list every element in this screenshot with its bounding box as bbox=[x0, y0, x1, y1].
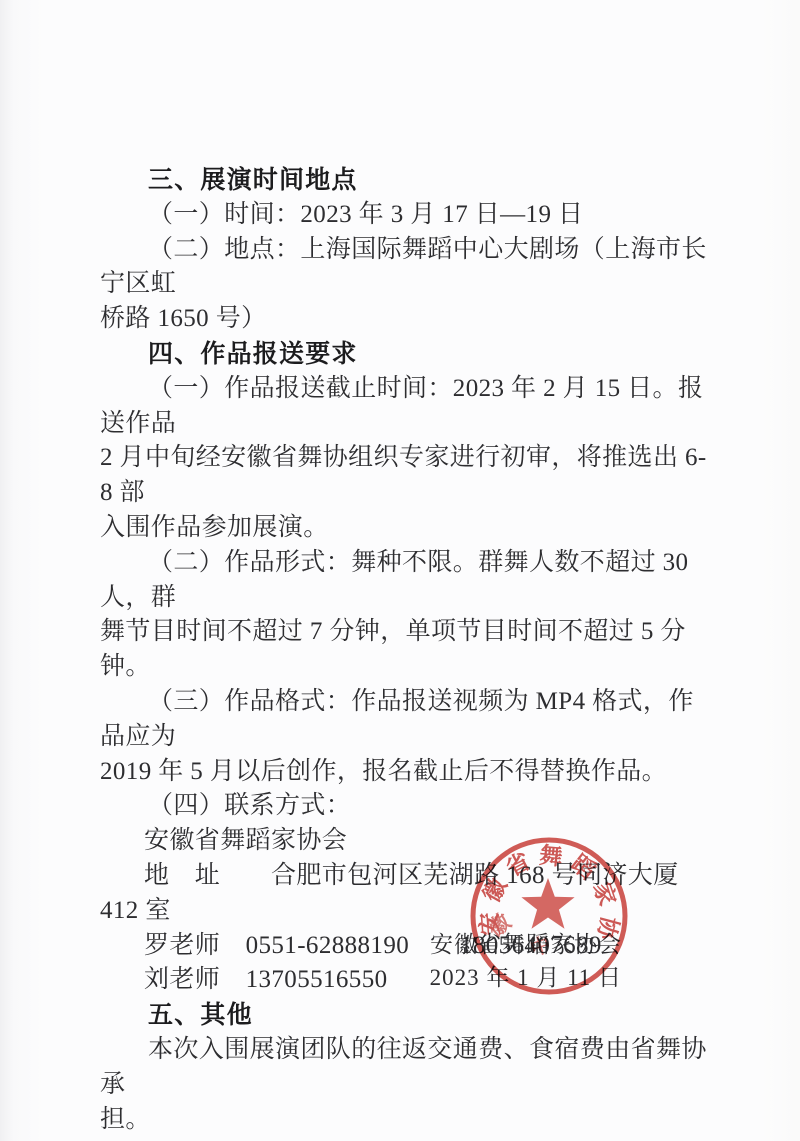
seal-ghost-character: 中 bbox=[527, 932, 553, 961]
document-line: 舞节目时间不超过 7 分钟，单项节目时间不超过 5 分钟。 bbox=[100, 615, 714, 685]
document-line: 入围作品参加展演。 bbox=[100, 511, 714, 546]
scanned-document-page: 三、展演时间地点 （一）时间：2023 年 3 月 17 日—19 日 （二）地… bbox=[0, 0, 800, 1141]
section-heading-4: 四、作品报送要求 bbox=[100, 337, 714, 372]
document-line: 2019 年 5 月以后创作，报名截止后不得替换作品。 bbox=[100, 755, 714, 790]
document-line: 2 月中旬经安徽省舞协组织专家进行初审，将推选出 6-8 部 bbox=[100, 441, 714, 511]
document-line: （三）作品格式：作品报送视频为 MP4 格式，作品应为 bbox=[100, 685, 714, 755]
document-line: （二）作品形式：舞种不限。群舞人数不超过 30 人，群 bbox=[100, 546, 714, 616]
document-line: 本次入围展演团队的往返交通费、食宿费由省舞协承 bbox=[100, 1033, 714, 1103]
document-line: 桥路 1650 号） bbox=[100, 302, 714, 337]
document-line: （一）时间：2023 年 3 月 17 日—19 日 bbox=[100, 198, 714, 233]
document-line: （一）作品报送截止时间：2023 年 2 月 15 日。报送作品 bbox=[100, 372, 714, 442]
star-icon bbox=[521, 878, 574, 929]
document-line: （二）地点：上海国际舞蹈中心大剧场（上海市长宁区虹 bbox=[100, 233, 714, 303]
section-heading-3: 三、展演时间地点 bbox=[100, 163, 714, 198]
document-line: 担。 bbox=[100, 1103, 714, 1138]
official-seal-stamp: 安徽省舞蹈家协会 徽 中 bbox=[449, 816, 649, 1016]
